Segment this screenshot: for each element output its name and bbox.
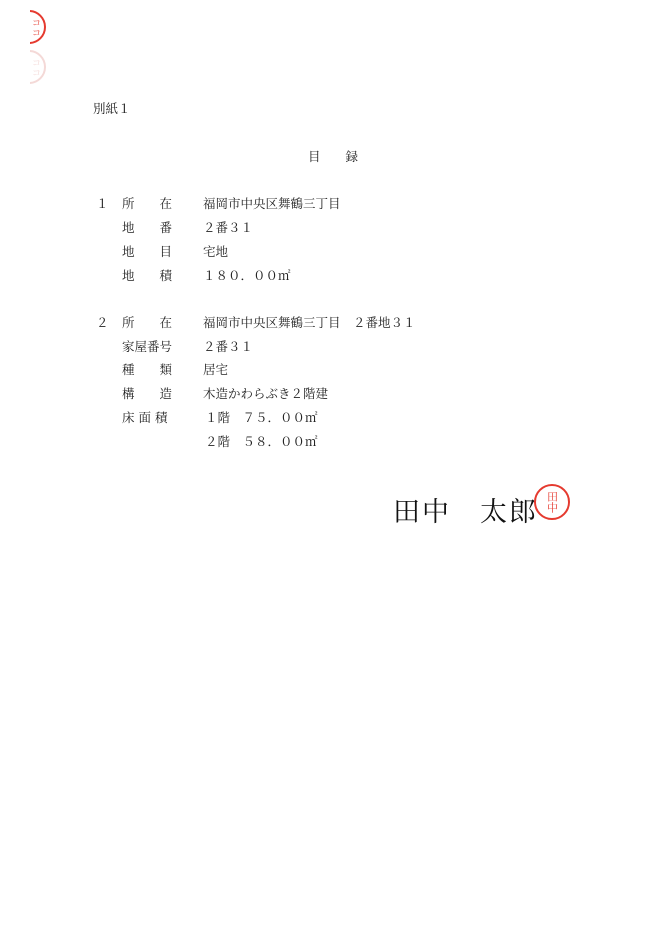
item-label: 地 目 (122, 244, 172, 260)
item-label: 地 積 (122, 268, 172, 284)
item-label: 種 類 (122, 362, 172, 378)
item-value: ２階 ５８．００㎡ (205, 434, 318, 450)
item-number: １ (96, 196, 109, 212)
item-label: 構 造 (122, 386, 172, 402)
item-value: ２番３１ (203, 220, 253, 236)
seal-mark: コ (32, 20, 41, 28)
item-number: ２ (96, 315, 109, 331)
item-label: 地 番 (122, 220, 172, 236)
item-value: １８０．００㎡ (203, 268, 291, 284)
item-value: 居宅 (203, 362, 228, 378)
item-label: 所 在 (122, 315, 172, 331)
item-value: １階 ７５．００㎡ (205, 410, 318, 426)
name-seal-stamp: 田中 (534, 484, 570, 520)
item-label: 所 在 (122, 196, 172, 212)
attachment-label: 別紙１ (93, 101, 131, 117)
item-value: 宅地 (203, 244, 228, 260)
seal-mark: コ (32, 30, 41, 38)
seal-mark: コ (32, 60, 41, 68)
document-title: 目 録 (308, 149, 358, 165)
seal-mark: コ (32, 70, 41, 78)
item-value: 福岡市中央区舞鶴三丁目 (203, 196, 341, 212)
item-value: ２番３１ (203, 339, 253, 355)
handwritten-signature: 田中 太郎 (393, 490, 538, 529)
partial-seal-stamp: コ コ (30, 10, 64, 44)
item-value: 木造かわらぶき２階建 (203, 386, 328, 402)
item-label: 家屋番号 (122, 339, 172, 355)
item-label: 床 面 積 (122, 410, 167, 426)
faint-seal-stamp: コ コ (30, 50, 64, 84)
item-value: 福岡市中央区舞鶴三丁目 ２番地３１ (203, 315, 416, 331)
seal-glyph: 田中 (547, 491, 558, 513)
